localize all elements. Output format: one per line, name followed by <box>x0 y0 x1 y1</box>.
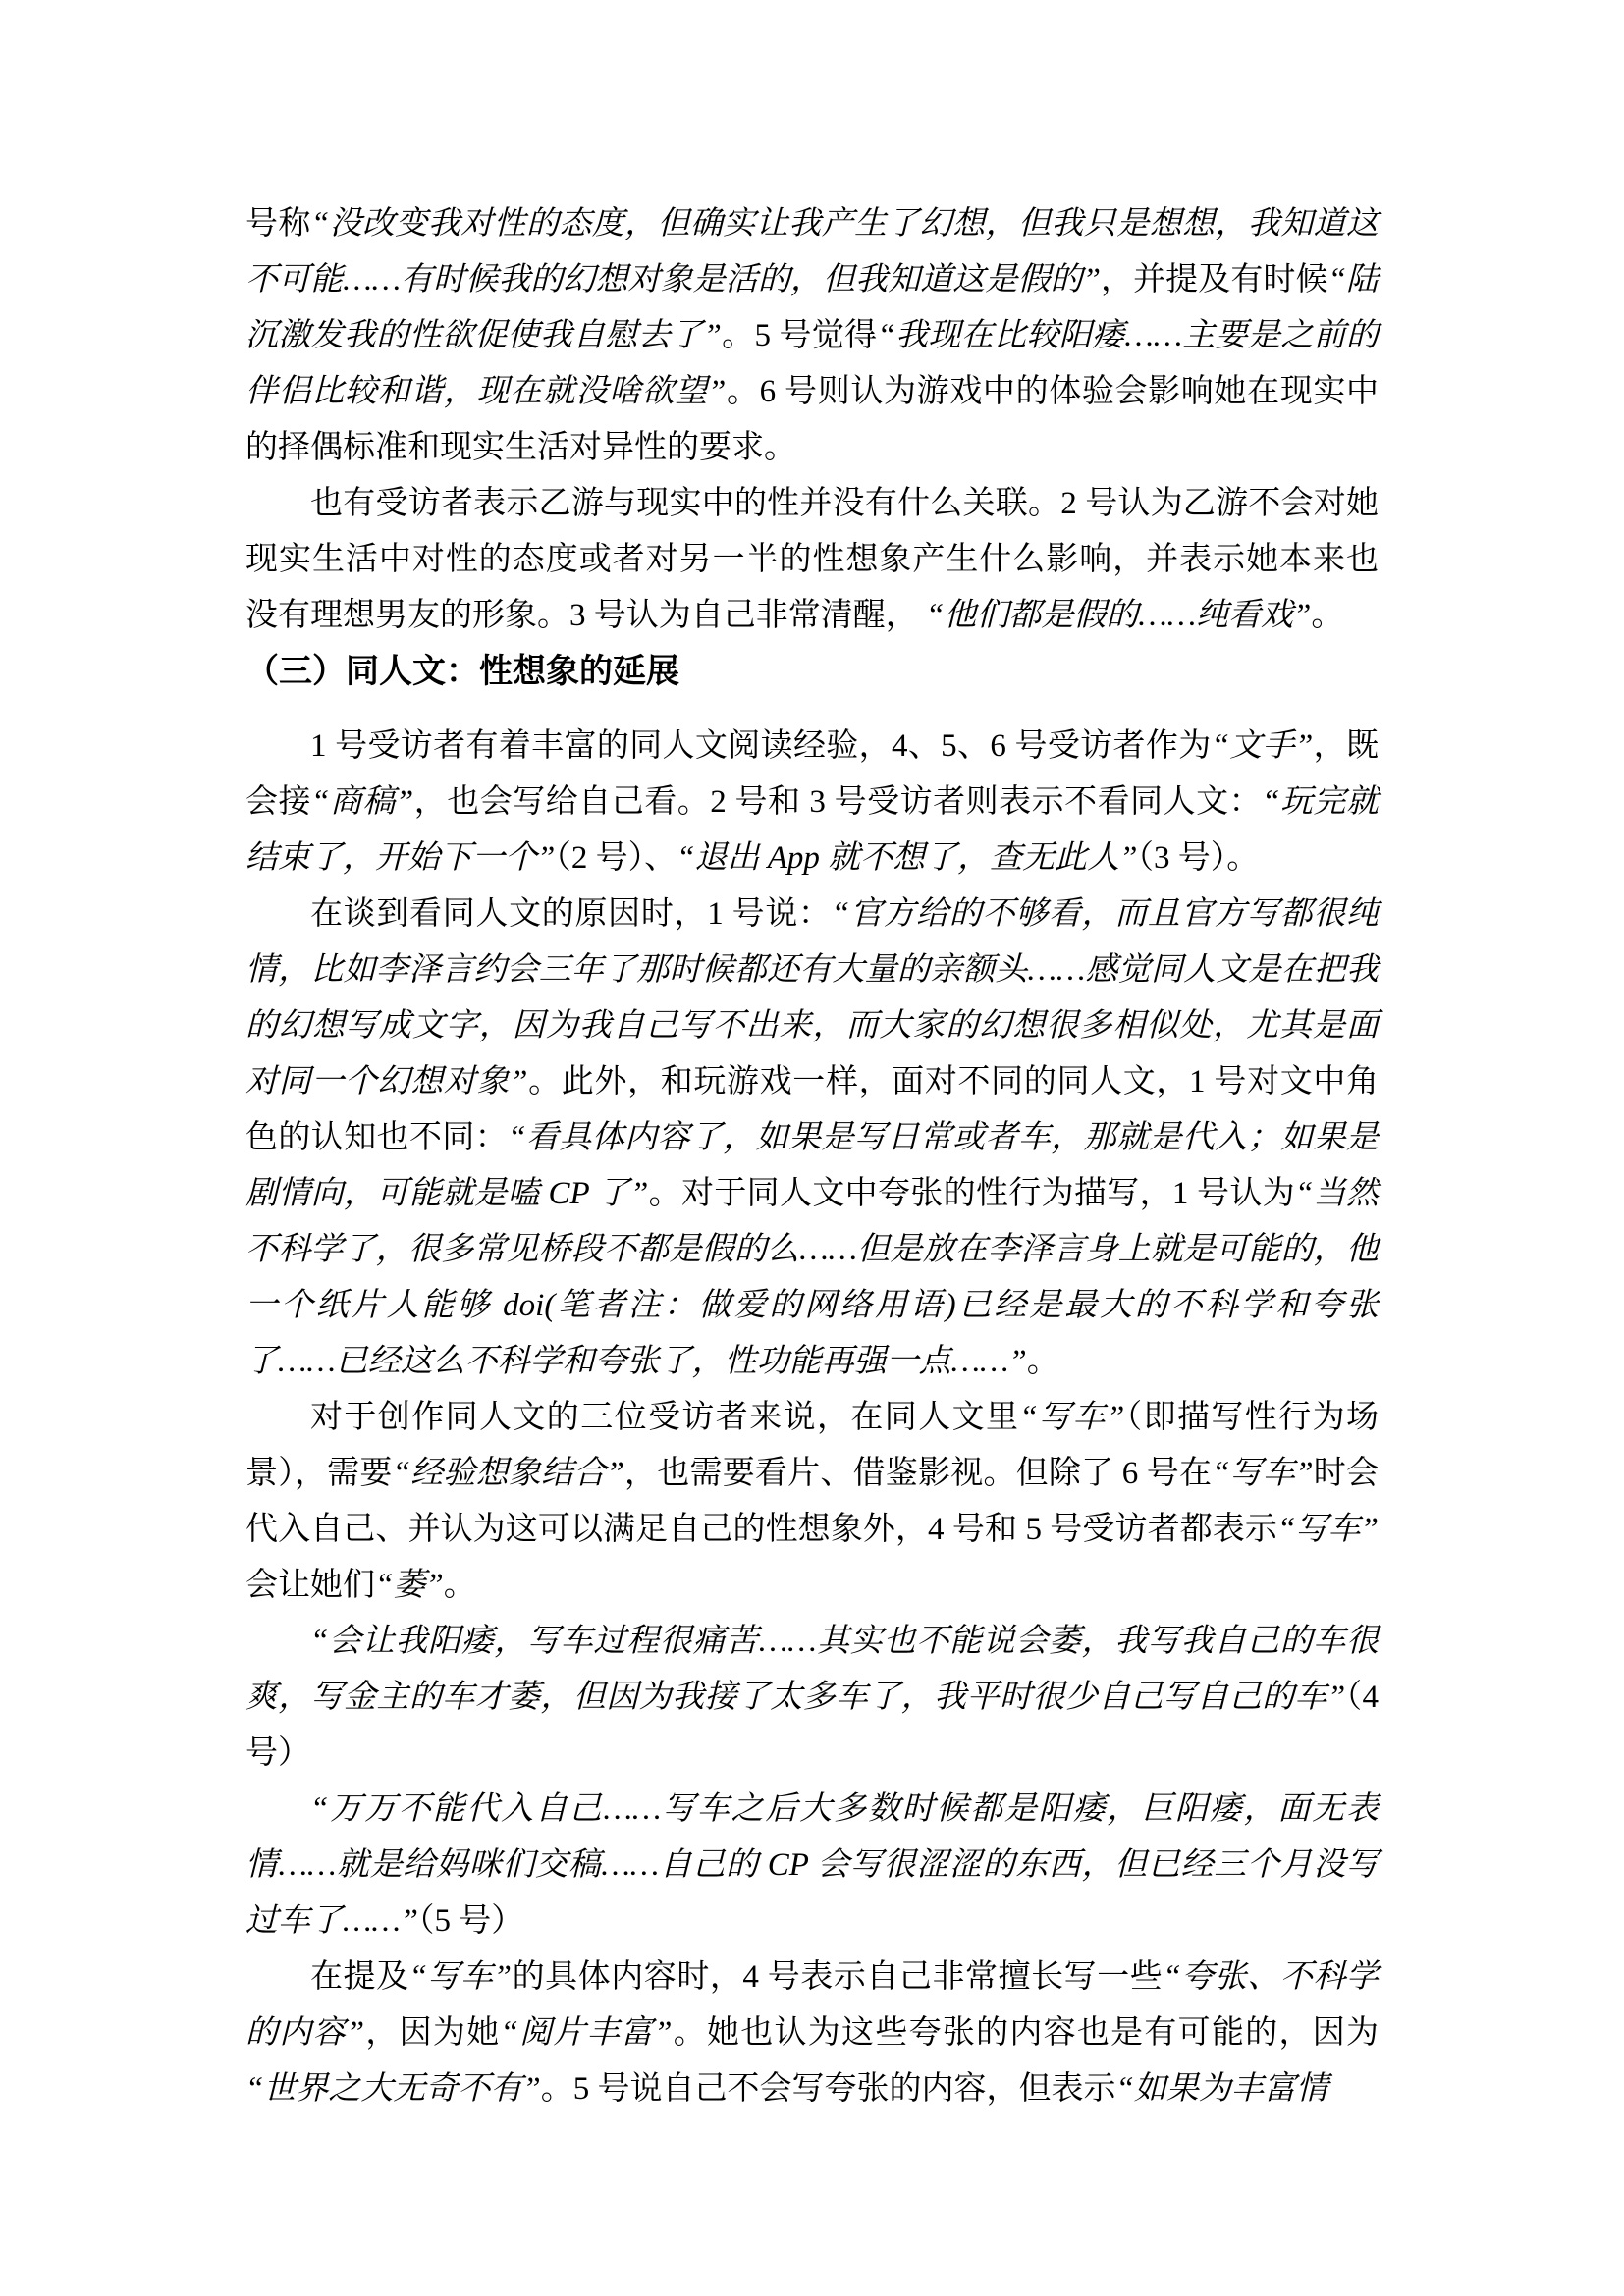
document-content: 号称“没改变我对性的态度，但确实让我产生了幻想，但我只是想想，我知道这不可能……… <box>245 196 1379 2117</box>
paragraph-8: “万万不能代入自己……写车之后大多数时候都是阳痿，巨阳痿，面无表情……就是给妈咪… <box>245 1782 1379 1949</box>
body-text: 的具体内容时，4 号表示自己非常擅长写一些 <box>512 1959 1163 1995</box>
body-text: ，也会写给自己看。2 号和 3 号受访者则表示不看同人文： <box>413 784 1262 820</box>
section-heading: （三）同人文：性想象的延展 <box>245 644 1379 700</box>
body-text: 。5 号觉得 <box>722 318 878 353</box>
quoted-kai-text: “文手” <box>1212 728 1314 764</box>
paragraph-4: 1 号受访者有着丰富的同人文阅读经验，4、5、6 号受访者作为“文手”，既会接“… <box>245 719 1379 886</box>
body-text: 。5 号说自己不会写夸张的内容，但表示 <box>541 2071 1116 2107</box>
body-text: 。 <box>1027 1344 1059 1379</box>
quoted-kai-text: “他们都是假的……纯看戏” <box>926 598 1311 633</box>
body-text: 。对于同人文中夸张的性行为描写，1 号认为 <box>648 1176 1295 1211</box>
quoted-kai-text: “会让我阳痿，写车过程很痛苦……其实也不能说会萎，我写我自己的车很爽，写金主的车… <box>245 1624 1379 1715</box>
document-page: 号称“没改变我对性的态度，但确实让我产生了幻想，但我只是想想，我知道这不可能……… <box>0 0 1624 2296</box>
quoted-kai-text: “萎” <box>375 1568 444 1603</box>
body-text: 会让她们 <box>245 1568 375 1603</box>
quoted-kai-text: “如果为丰富情 <box>1115 2071 1327 2107</box>
body-text: 对于创作同人文的三位受访者来说，在同人文里 <box>310 1400 1019 1435</box>
body-text: 号称 <box>245 206 311 241</box>
quoted-kai-text: “阅片丰富” <box>500 2015 672 2051</box>
quoted-kai-text: “退出 App 就不想了，查无此人” <box>677 840 1137 876</box>
quoted-kai-text: “写车” <box>1019 1400 1124 1435</box>
body-text: 。 <box>1311 598 1343 633</box>
body-text: ，因为她 <box>364 2015 500 2051</box>
quoted-kai-text: “万万不能代入自己……写车之后大多数时候都是阳痿，巨阳痿，面无表情……就是给妈咪… <box>245 1791 1379 1939</box>
quoted-kai-text: “商稿” <box>311 784 413 820</box>
paragraph-6: 对于创作同人文的三位受访者来说，在同人文里“写车”（即描写性行为场景），需要“经… <box>245 1390 1379 1614</box>
quoted-kai-text: “经验想象结合” <box>393 1456 624 1491</box>
body-text: （3 号）。 <box>1137 840 1259 876</box>
body-text: 1 号受访者有着丰富的同人文阅读经验，4、5、6 号受访者作为 <box>310 728 1212 764</box>
paragraph-1: 号称“没改变我对性的态度，但确实让我产生了幻想，但我只是想想，我知道这不可能……… <box>245 196 1379 476</box>
body-text: ，并提及有时候 <box>1101 262 1328 297</box>
body-text: 在谈到看同人文的原因时，1 号说： <box>310 896 832 932</box>
quoted-kai-text: “写车” <box>1277 1512 1379 1547</box>
quoted-kai-text: “写车” <box>409 1959 512 1995</box>
quoted-kai-text: “世界之大无奇不有” <box>245 2071 541 2107</box>
body-text: 。 <box>444 1568 476 1603</box>
body-text: 在提及 <box>310 1959 409 1995</box>
quoted-kai-text: “写车” <box>1212 1456 1313 1491</box>
paragraph-5: 在谈到看同人文的原因时，1 号说：“官方给的不够看，而且官方写都很纯情，比如李泽… <box>245 886 1379 1390</box>
body-text: 。她也认为这些夸张的内容也是有可能的，因为 <box>672 2015 1379 2051</box>
body-text: ，也需要看片、借鉴影视。但除了 6 号在 <box>624 1456 1212 1491</box>
paragraph-9: 在提及“写车”的具体内容时，4 号表示自己非常擅长写一些“夸张、不科学的内容”，… <box>245 1949 1379 2117</box>
body-text: （2 号）、 <box>555 840 677 876</box>
body-text: （5 号） <box>418 1903 523 1939</box>
paragraph-7: “会让我阳痿，写车过程很痛苦……其实也不能说会萎，我写我自己的车很爽，写金主的车… <box>245 1614 1379 1782</box>
paragraph-2: 也有受访者表示乙游与现实中的性并没有什么关联。2 号认为乙游不会对她现实生活中对… <box>245 476 1379 644</box>
